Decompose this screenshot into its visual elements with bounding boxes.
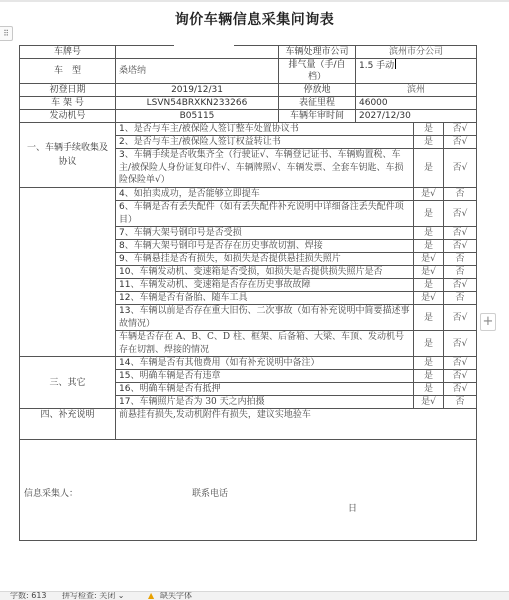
model-value[interactable]: 桑塔纳 (116, 59, 279, 84)
warning-icon: ▲ (148, 591, 154, 600)
checklist-yes[interactable]: 是 (414, 279, 444, 292)
checklist-no[interactable]: 否√ (444, 331, 477, 357)
checklist-no[interactable]: 否√ (444, 240, 477, 253)
checklist-yes[interactable]: 是 (414, 240, 444, 253)
checklist-question: 1、是否与车主/被保险人签订整车处置协议书 (116, 123, 414, 136)
missing-fonts-link[interactable]: 缺失字体 (160, 591, 192, 600)
checklist-yes[interactable]: 是 (414, 149, 444, 188)
engine-label: 发动机号 (20, 110, 116, 123)
checklist-row: 三、其它 14、车辆是否有其他费用（如有补充说明中备注） 是 否√ (20, 357, 477, 370)
drag-handle-icon: ⠿ (3, 29, 9, 38)
checklist-yes[interactable]: 是√ (414, 292, 444, 305)
checklist-question: 11、车辆发动机、变速箱是否存在历史事故故障 (116, 279, 414, 292)
displacement-value[interactable]: 1.5 手动 (356, 59, 477, 84)
vin-label: 车 架 号 (20, 97, 116, 110)
checklist-question: 7、车辆大架号钢印号是否受损 (116, 227, 414, 240)
engine-value[interactable]: B05115 (116, 110, 279, 123)
checklist-yes[interactable]: 是 (414, 370, 444, 383)
row-model: 车 型 桑塔纳 排气量（手/自档） 1.5 手动 (20, 59, 477, 84)
checklist-yes[interactable]: 是√ (414, 396, 444, 409)
row-reg-date: 初登日期 2019/12/31 停放地 滨州 (20, 84, 477, 97)
checklist-yes[interactable]: 是 (414, 331, 444, 357)
checklist-no[interactable]: 否√ (444, 123, 477, 136)
plate-label: 车牌号 (20, 46, 116, 59)
checklist-question: 10、车辆发动机、变速箱是否受损，如损失是否提供损失照片是否 (116, 266, 414, 279)
checklist-question: 9、车辆悬挂是否有损失，如损失是否提供悬挂损失照片 (116, 253, 414, 266)
inspection-label: 车辆年审时间 (279, 110, 356, 123)
checklist-question: 14、车辆是否有其他费用（如有补充说明中备注） (116, 357, 414, 370)
model-label: 车 型 (20, 59, 116, 84)
redacted-area (174, 43, 234, 58)
checklist-question: 15、明确车辆是否有违章 (116, 370, 414, 383)
checklist-yes[interactable]: 是 (414, 201, 444, 227)
add-row-button[interactable]: + (480, 313, 496, 331)
parking-label: 停放地 (279, 84, 356, 97)
mileage-value[interactable]: 46000 (356, 97, 477, 110)
checklist-no[interactable]: 否 (444, 266, 477, 279)
checklist-yes[interactable]: 是 (414, 123, 444, 136)
company-value[interactable]: 滨州市分公司 (356, 46, 477, 59)
spell-check-toggle[interactable]: 拼写检查: 关闭 ⌄ (62, 591, 124, 600)
table-drag-handle[interactable]: ⠿ (0, 26, 13, 41)
checklist-question: 2、是否与车主/被保险人签订权益转让书 (116, 136, 414, 149)
displacement-label: 排气量（手/自档） (279, 59, 356, 84)
checklist-yes[interactable]: 是√ (414, 253, 444, 266)
form-sheet: 车牌号 车辆处理市公司 滨州市分公司 车 型 桑塔纳 排气量（手/自档） 1.5… (19, 45, 476, 541)
top-border (0, 0, 509, 2)
plus-icon: + (483, 314, 494, 329)
row-vin: 车 架 号 LSVN54BRXKN233266 表征里程 46000 (20, 97, 477, 110)
checklist-no[interactable]: 否√ (444, 279, 477, 292)
checklist-no[interactable]: 否√ (444, 305, 477, 331)
checklist-no[interactable]: 否 (444, 253, 477, 266)
checklist-question: 车辆是否存在 A、B、C、D 柱、框架、后备箱、大梁、车顶、发动机号存在切割、焊… (116, 331, 414, 357)
checklist-no[interactable]: 否√ (444, 201, 477, 227)
checklist-no[interactable]: 否√ (444, 136, 477, 149)
checklist-no[interactable]: 否√ (444, 227, 477, 240)
checklist-question: 13、车辆以前是否存在重大旧伤、二次事故（如有补充说明中简要描述事故情况） (116, 305, 414, 331)
checklist-yes[interactable]: 是 (414, 305, 444, 331)
collector-label: 信息采集人： (24, 488, 78, 500)
checklist-yes[interactable]: 是 (414, 227, 444, 240)
checklist-question: 16、明确车辆是否有抵押 (116, 383, 414, 396)
row-engine: 发动机号 B05115 车辆年审时间 2027/12/30 (20, 110, 477, 123)
phone-label: 联系电话 (192, 488, 228, 500)
day-label: 日 (348, 503, 357, 515)
checklist-question: 3、车辆手续是否收集齐全（行驶证√、车辆登记证书、车辆购置税、车主/被保险人身份… (116, 149, 414, 188)
checklist-yes[interactable]: 是 (414, 357, 444, 370)
section-3-label: 三、其它 (20, 357, 116, 409)
supplement-text[interactable]: 前悬挂有损失,发动机附件有损失，建议实地验车 (116, 409, 477, 440)
checklist-no[interactable]: 否 (444, 292, 477, 305)
supplement-row: 四、补充说明 前悬挂有损失,发动机附件有损失，建议实地验车 (20, 409, 477, 440)
checklist-question: 4、如拍卖成功，是否能够立即提车 (116, 188, 414, 201)
checklist-yes[interactable]: 是 (414, 136, 444, 149)
section-4-label: 四、补充说明 (20, 409, 116, 440)
vehicle-inquiry-table: 车牌号 车辆处理市公司 滨州市分公司 车 型 桑塔纳 排气量（手/自档） 1.5… (19, 45, 477, 541)
reg-date-label: 初登日期 (20, 84, 116, 97)
parking-value[interactable]: 滨州 (356, 84, 477, 97)
checklist-no[interactable]: 否√ (444, 149, 477, 188)
checklist-no[interactable]: 否√ (444, 383, 477, 396)
word-count: 字数: 613 (10, 591, 47, 600)
signature-row: 信息采集人： 联系电话 日 (20, 440, 477, 541)
company-label: 车辆处理市公司 (279, 46, 356, 59)
checklist-question: 17、车辆照片是否为 30 天之内拍摄 (116, 396, 414, 409)
section-2-label (20, 188, 116, 357)
checklist-no[interactable]: 否√ (444, 357, 477, 370)
checklist-no[interactable]: 否 (444, 188, 477, 201)
reg-date-value[interactable]: 2019/12/31 (116, 84, 279, 97)
checklist-yes[interactable]: 是 (414, 383, 444, 396)
checklist-row: 一、车辆手续收集及协议 1、是否与车主/被保险人签订整车处置协议书 是 否√ (20, 123, 477, 136)
checklist-yes[interactable]: 是√ (414, 266, 444, 279)
checklist-question: 6、车辆是否有丢失配件（如有丢失配件补充说明中详细备注丢失配件项目） (116, 201, 414, 227)
vin-value[interactable]: LSVN54BRXKN233266 (116, 97, 279, 110)
mileage-label: 表征里程 (279, 97, 356, 110)
row-plate: 车牌号 车辆处理市公司 滨州市分公司 (20, 46, 477, 59)
status-bar: 字数: 613 拼写检查: 关闭 ⌄ ▲ 缺失字体 (0, 591, 509, 600)
checklist-question: 8、车辆大架号钢印号是否存在历史事故切割、焊接 (116, 240, 414, 253)
inspection-value[interactable]: 2027/12/30 (356, 110, 477, 123)
checklist-no[interactable]: 否√ (444, 370, 477, 383)
text-cursor (395, 59, 396, 69)
signature-cell: 信息采集人： 联系电话 日 (20, 440, 477, 541)
checklist-no[interactable]: 否 (444, 396, 477, 409)
checklist-row: 4、如拍卖成功，是否能够立即提车 是√ 否 (20, 188, 477, 201)
checklist-yes[interactable]: 是√ (414, 188, 444, 201)
section-1-label: 一、车辆手续收集及协议 (20, 123, 116, 188)
document-title: 询价车辆信息采集问询表 (0, 9, 509, 29)
checklist-question: 12、车辆是否有备胎、随车工具 (116, 292, 414, 305)
